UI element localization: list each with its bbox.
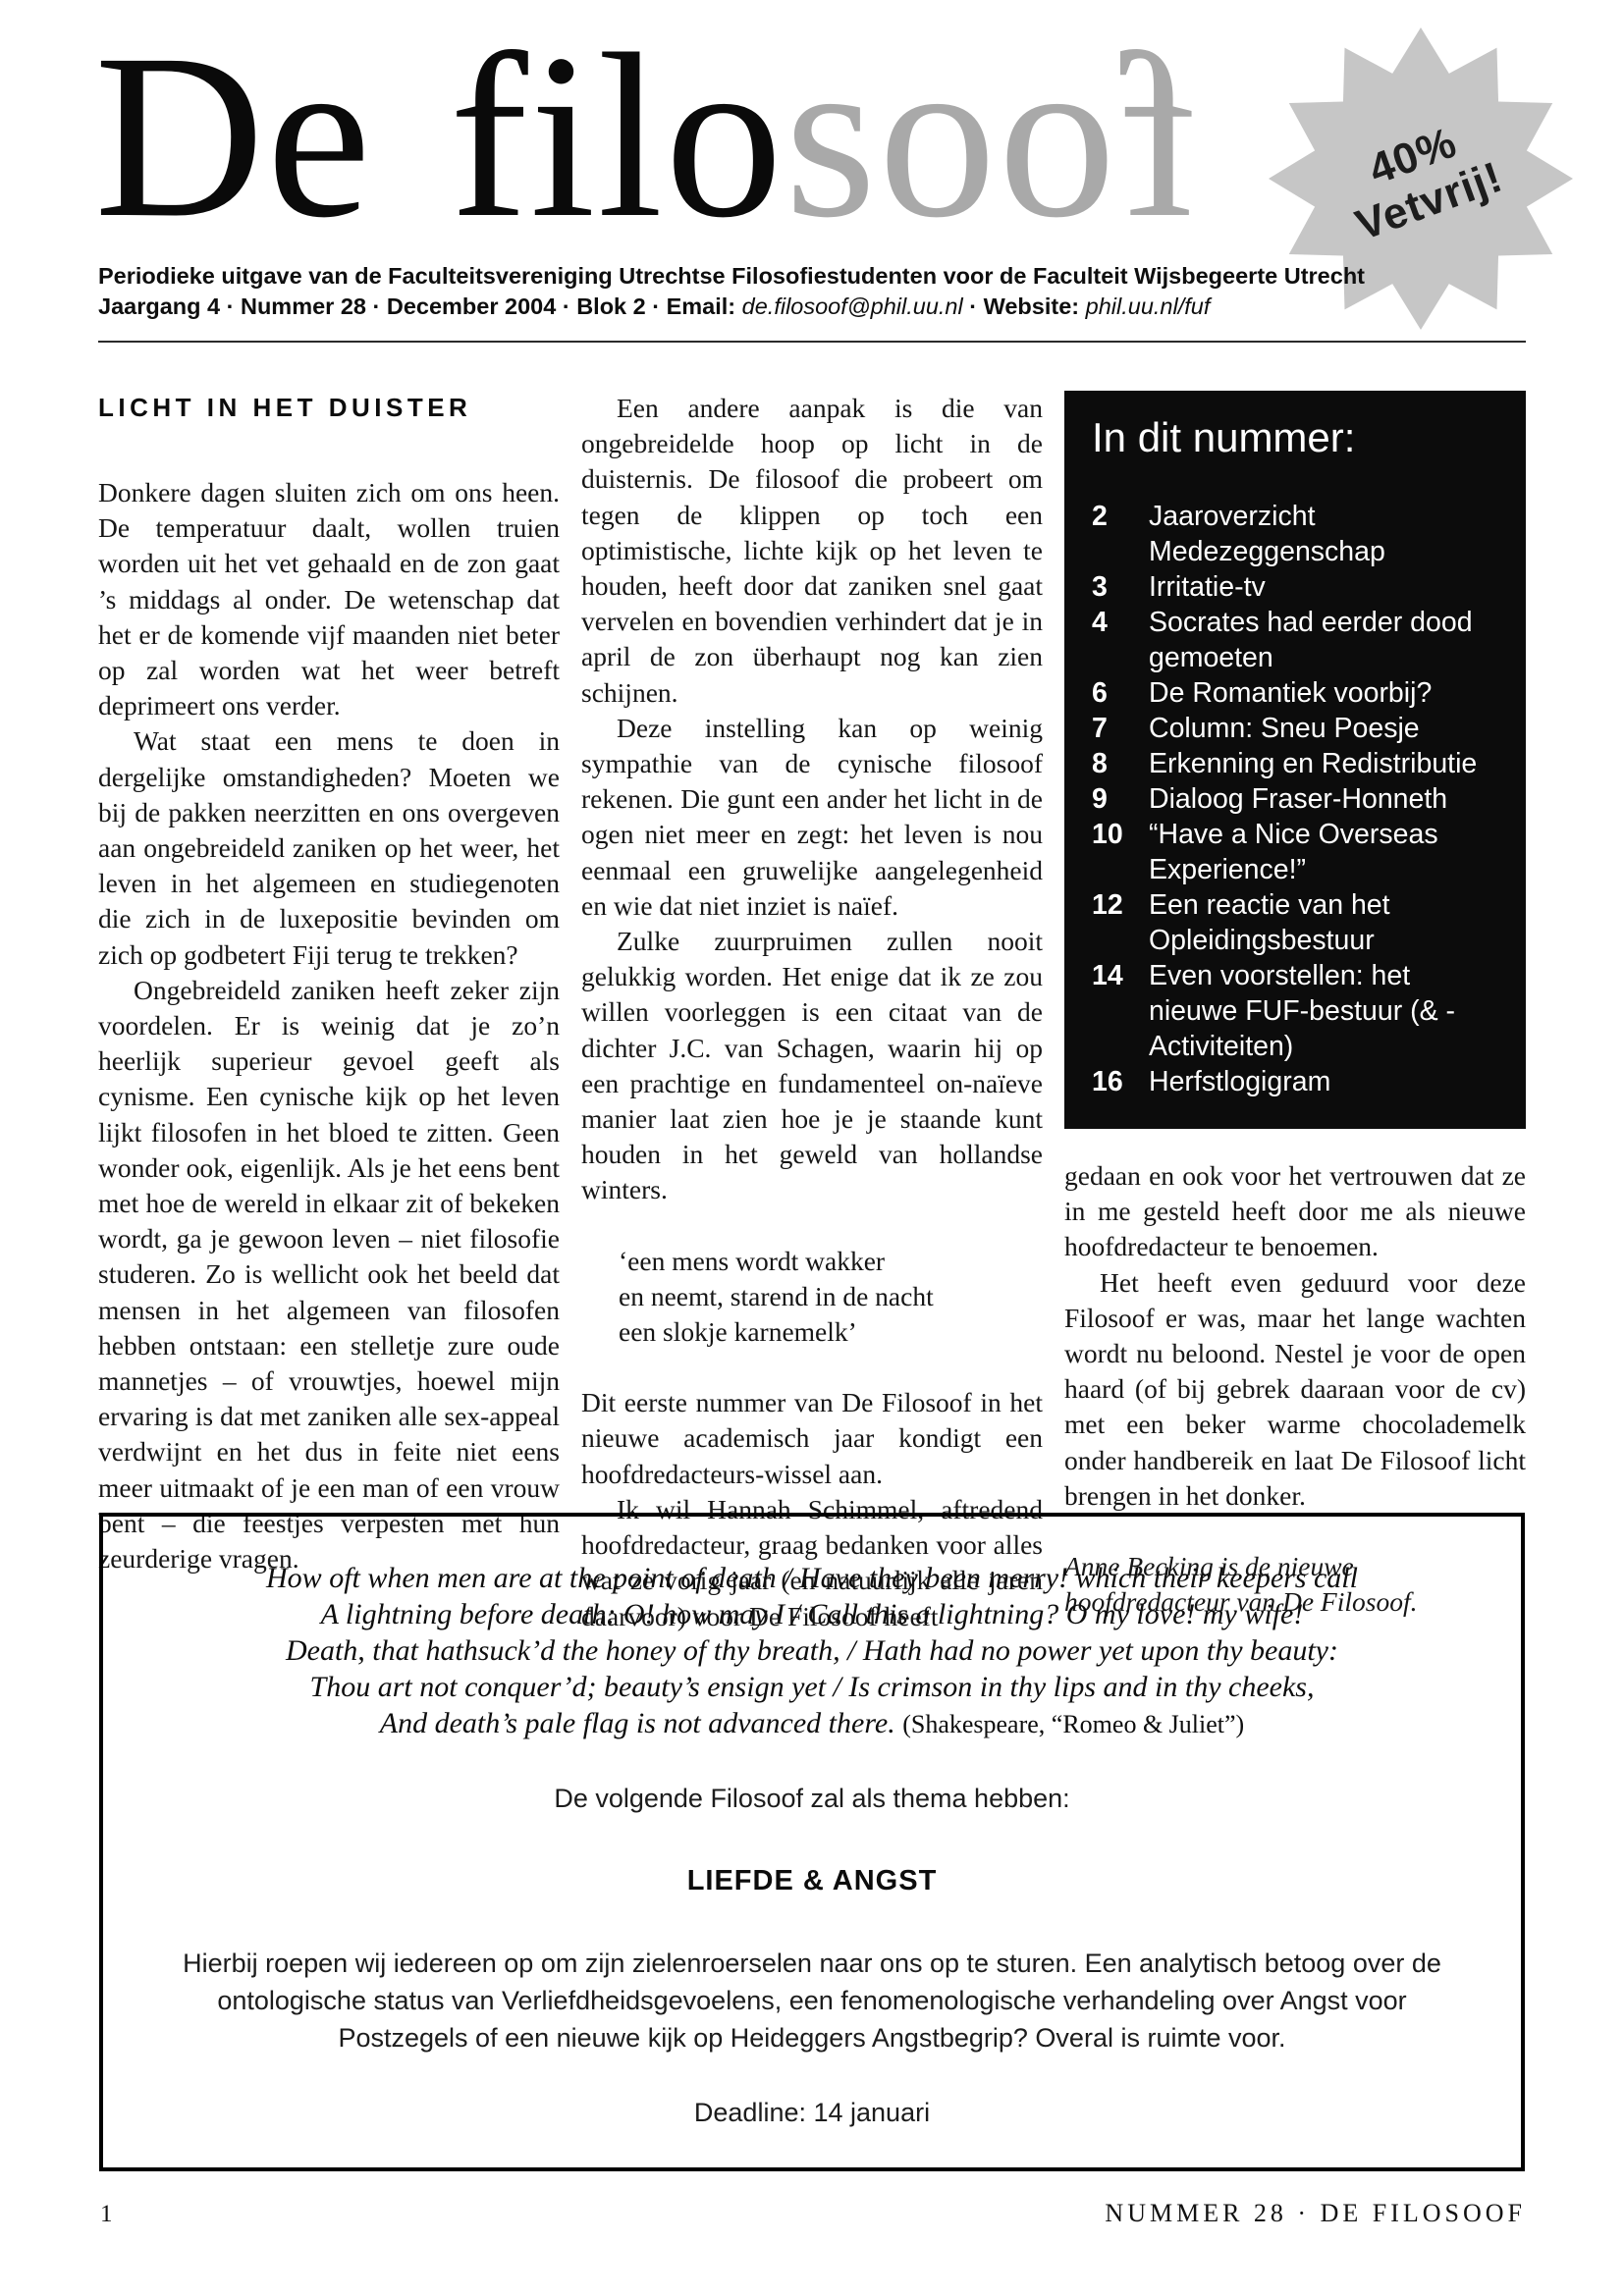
subtitle-line-1: Periodieke uitgave van de Faculteitsvere… bbox=[98, 261, 1375, 292]
toc-item-label: Dialoog Fraser-Honneth bbox=[1149, 781, 1502, 817]
website-address: phil.uu.nl/fuf bbox=[1086, 294, 1211, 319]
quote-attribution: (Shakespeare, “Romeo & Juliet”) bbox=[902, 1710, 1244, 1738]
masthead-title: De filosoof bbox=[94, 18, 1198, 253]
toc-item: 16 Herfstlogigram bbox=[1092, 1064, 1502, 1099]
announcement-box: How oft when men are at the point of dea… bbox=[99, 1513, 1525, 2171]
article-heading: LICHT IN HET DUISTER bbox=[98, 391, 560, 424]
footer-issue-label: NUMMER 28 · DE FILOSOOF bbox=[1105, 2199, 1526, 2228]
quote-line: A lightning before death: O! how may I /… bbox=[103, 1596, 1521, 1632]
toc-page-number: 3 bbox=[1092, 569, 1149, 605]
newsletter-page: De filosoof 40% Vetvrij! Periodieke uitg… bbox=[0, 0, 1624, 2296]
toc-title: In dit nummer: bbox=[1092, 414, 1502, 461]
poem-line: ‘een mens wordt wakker bbox=[619, 1244, 1043, 1279]
table-of-contents-box: In dit nummer: 2 Jaaroverzicht Medezegge… bbox=[1064, 391, 1526, 1129]
masthead-subtitle: Periodieke uitgave van de Faculteitsvere… bbox=[98, 261, 1375, 322]
toc-item-label: Een reactie van het Opleidingsbestuur bbox=[1149, 887, 1502, 958]
toc-item-label: Erkenning en Redistributie bbox=[1149, 746, 1502, 781]
quote-line: And death’s pale flag is not advanced th… bbox=[380, 1707, 895, 1739]
toc-page-number: 16 bbox=[1092, 1064, 1149, 1099]
toc-item: 10 “Have a Nice Overseas Experience!” bbox=[1092, 817, 1502, 887]
toc-item-label: De Romantiek voorbij? bbox=[1149, 675, 1502, 711]
toc-page-number: 6 bbox=[1092, 675, 1149, 711]
deadline: Deadline: 14 januari bbox=[103, 2098, 1521, 2128]
toc-item: 12 Een reactie van het Opleidingsbestuur bbox=[1092, 887, 1502, 958]
toc-item: 8 Erkenning en Redistributie bbox=[1092, 746, 1502, 781]
article-column-2: Een andere aanpak is die van ongebreidel… bbox=[581, 391, 1043, 1634]
quote-last-line: And death’s pale flag is not advanced th… bbox=[103, 1705, 1521, 1742]
toc-page-number: 7 bbox=[1092, 711, 1149, 746]
article-columns: LICHT IN HET DUISTER Donkere dagen sluit… bbox=[98, 391, 1526, 1634]
quote-line: Thou art not conquer’d; beauty’s ensign … bbox=[103, 1669, 1521, 1705]
article-column-1: LICHT IN HET DUISTER Donkere dagen sluit… bbox=[98, 391, 560, 1634]
masthead-title-gray: soo bbox=[785, 5, 1117, 266]
article-paragraph: Wat staat een mens te doen in dergelijke… bbox=[98, 723, 560, 972]
starburst-badge-text: 40% Vetvrij! bbox=[1332, 107, 1508, 250]
header-divider bbox=[98, 341, 1526, 343]
footer-page-number: 1 bbox=[100, 2201, 113, 2228]
call-for-submissions: Hierbij roepen wij iedereen op om zijn z… bbox=[174, 1945, 1450, 2056]
article-paragraph: Zulke zuurpruimen zullen nooit gelukkig … bbox=[581, 924, 1043, 1208]
toc-item-label: “Have a Nice Overseas Experience!” bbox=[1149, 817, 1502, 887]
article-paragraph: Dit eerste nummer van De Filosoof in het… bbox=[581, 1385, 1043, 1492]
toc-item-label: Even voorstellen: het nieuwe FUF-bestuur… bbox=[1149, 958, 1502, 1064]
toc-page-number: 12 bbox=[1092, 887, 1149, 958]
poem-line: en neemt, starend in de nacht bbox=[619, 1279, 1043, 1314]
toc-page-number: 10 bbox=[1092, 817, 1149, 887]
toc-item-label: Column: Sneu Poesje bbox=[1149, 711, 1502, 746]
quote-line: Death, that hathsuck’d the honey of thy … bbox=[103, 1632, 1521, 1669]
toc-item: 7 Column: Sneu Poesje bbox=[1092, 711, 1502, 746]
issue-info: Jaargang 4 · Nummer 28 · December 2004 ·… bbox=[98, 294, 742, 319]
toc-page-number: 9 bbox=[1092, 781, 1149, 817]
theme-intro: De volgende Filosoof zal als thema hebbe… bbox=[103, 1784, 1521, 1814]
article-paragraph: Ongebreideld zaniken heeft zeker zijn vo… bbox=[98, 973, 560, 1576]
toc-item: 3 Irritatie-tv bbox=[1092, 569, 1502, 605]
toc-item: 9 Dialoog Fraser-Honneth bbox=[1092, 781, 1502, 817]
toc-page-number: 2 bbox=[1092, 499, 1149, 569]
masthead-title-flipped-f: f bbox=[1118, 18, 1199, 253]
toc-item: 14 Even voorstellen: het nieuwe FUF-best… bbox=[1092, 958, 1502, 1064]
toc-item-label: Irritatie-tv bbox=[1149, 569, 1502, 605]
article-paragraph: Een andere aanpak is die van ongebreidel… bbox=[581, 391, 1043, 711]
toc-item-label: Jaaroverzicht Medezeggenschap bbox=[1149, 499, 1502, 569]
subtitle-line-2: Jaargang 4 · Nummer 28 · December 2004 ·… bbox=[98, 292, 1375, 322]
theme-title: LIEFDE & ANGST bbox=[103, 1865, 1521, 1897]
poem-quote: ‘een mens wordt wakker en neemt, starend… bbox=[619, 1244, 1043, 1351]
email-address: de.filosoof@phil.uu.nl bbox=[742, 294, 963, 319]
toc-item-label: Herfstlogigram bbox=[1149, 1064, 1502, 1099]
toc-item: 6 De Romantiek voorbij? bbox=[1092, 675, 1502, 711]
website-label: · Website: bbox=[963, 294, 1086, 319]
toc-page-number: 14 bbox=[1092, 958, 1149, 1064]
toc-item: 2 Jaaroverzicht Medezeggenschap bbox=[1092, 499, 1502, 569]
quote-line: How oft when men are at the point of dea… bbox=[103, 1560, 1521, 1596]
article-paragraph: Donkere dagen sluiten zich om ons heen. … bbox=[98, 475, 560, 723]
shakespeare-quote: How oft when men are at the point of dea… bbox=[103, 1560, 1521, 1742]
masthead-title-black: De filo bbox=[94, 5, 785, 266]
toc-page-number: 8 bbox=[1092, 746, 1149, 781]
article-paragraph: Het heeft even geduurd voor deze Filosoo… bbox=[1064, 1265, 1526, 1514]
poem-line: een slokje karnemelk’ bbox=[619, 1314, 1043, 1350]
toc-item-label: Socrates had eerder dood gemoeten bbox=[1149, 605, 1502, 675]
toc-page-number: 4 bbox=[1092, 605, 1149, 675]
article-paragraph: gedaan en ook voor het vertrouwen dat ze… bbox=[1064, 1158, 1526, 1265]
article-column-3: In dit nummer: 2 Jaaroverzicht Medezegge… bbox=[1064, 391, 1526, 1634]
article-paragraph: Deze instelling kan op weinig sympathie … bbox=[581, 711, 1043, 924]
toc-item: 4 Socrates had eerder dood gemoeten bbox=[1092, 605, 1502, 675]
